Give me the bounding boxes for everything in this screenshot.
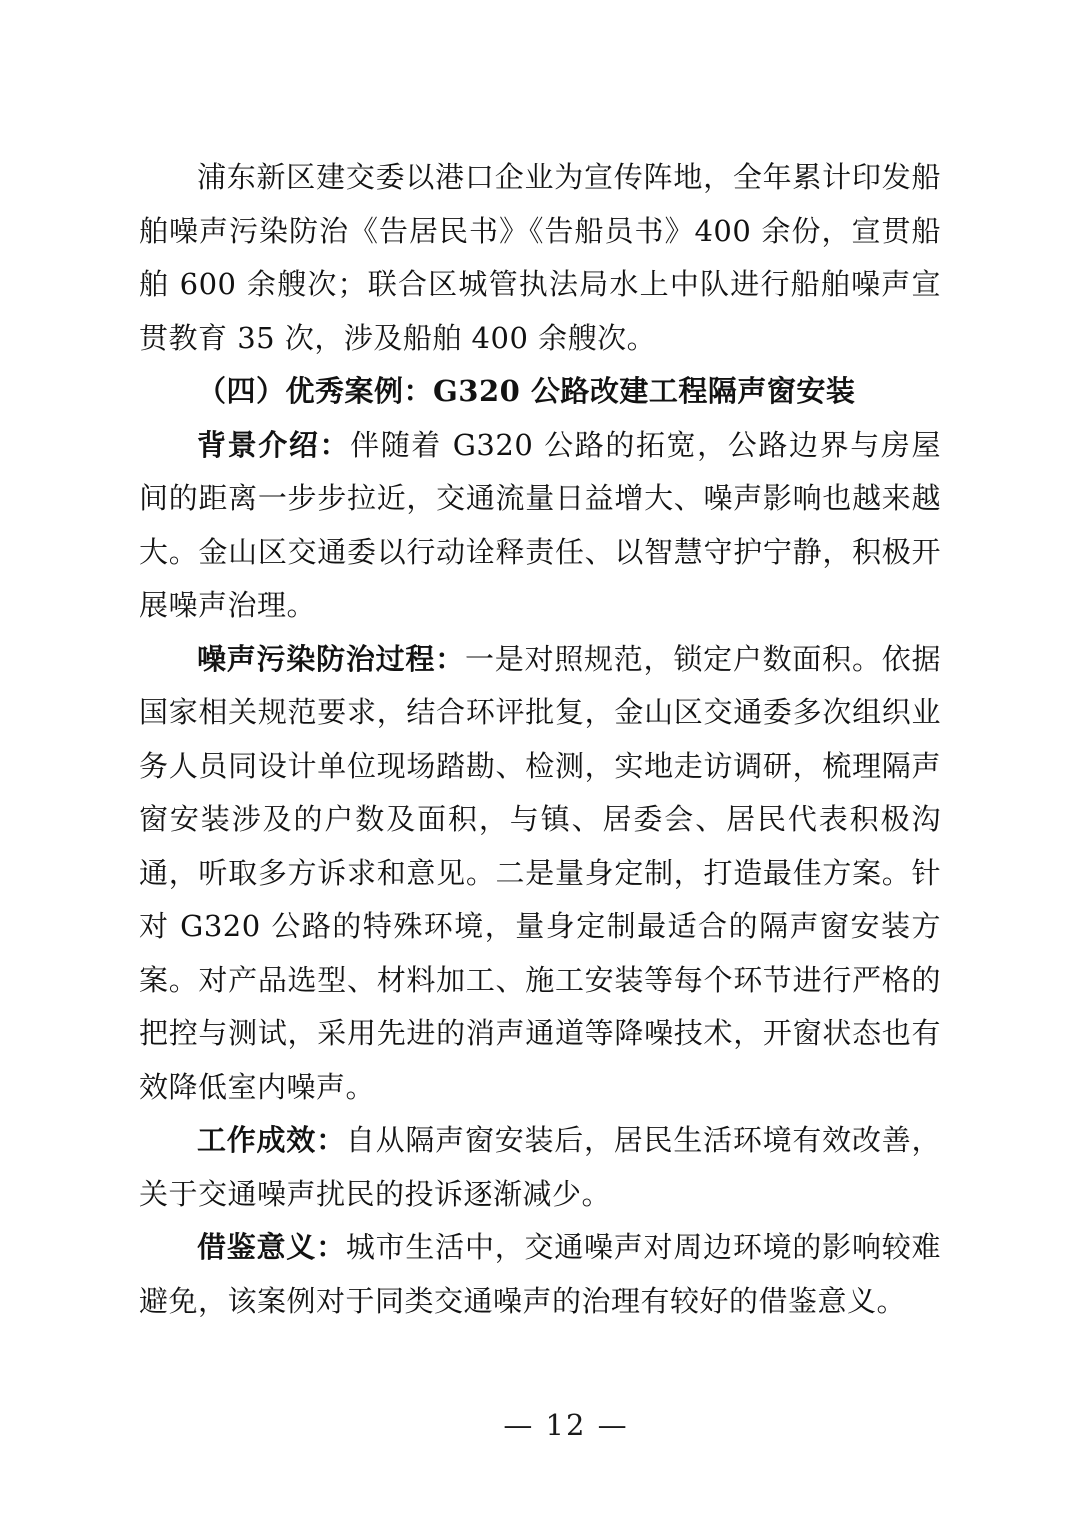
page-number: — 12 — <box>503 1408 628 1442</box>
paragraph-process-text: 一是对照规范，锁定户数面积。依据国家相关规范要求，结合环评批复，金山区交通委多次… <box>139 642 941 1104</box>
section-heading-case: （四）优秀案例：G320 公路改建工程隔声窗安装 <box>139 365 941 419</box>
paragraph-lessons-label: 借鉴意义： <box>197 1230 346 1264</box>
paragraph-background-label: 背景介绍： <box>197 428 350 462</box>
paragraph-results: 工作成效：自从隔声窗安装后，居民生活环境有效改善，关于交通噪声扰民的投诉逐渐减少… <box>139 1114 941 1221</box>
document-body: 浦东新区建交委以港口企业为宣传阵地，全年累计印发船舶噪声污染防治《告居民书》《告… <box>139 151 941 1328</box>
paragraph-intro: 浦东新区建交委以港口企业为宣传阵地，全年累计印发船舶噪声污染防治《告居民书》《告… <box>139 151 941 365</box>
paragraph-results-label: 工作成效： <box>197 1123 346 1157</box>
paragraph-process: 噪声污染防治过程：一是对照规范，锁定户数面积。依据国家相关规范要求，结合环评批复… <box>139 633 941 1115</box>
page-footer: — 12 — <box>0 1408 1080 1442</box>
paragraph-lessons: 借鉴意义：城市生活中，交通噪声对周边环境的影响较难避免，该案例对于同类交通噪声的… <box>139 1221 941 1328</box>
paragraph-background: 背景介绍：伴随着 G320 公路的拓宽，公路边界与房屋间的距离一步步拉近，交通流… <box>139 419 941 633</box>
document-page: 浦东新区建交委以港口企业为宣传阵地，全年累计印发船舶噪声污染防治《告居民书》《告… <box>0 0 1080 1527</box>
paragraph-process-label: 噪声污染防治过程： <box>197 642 465 676</box>
